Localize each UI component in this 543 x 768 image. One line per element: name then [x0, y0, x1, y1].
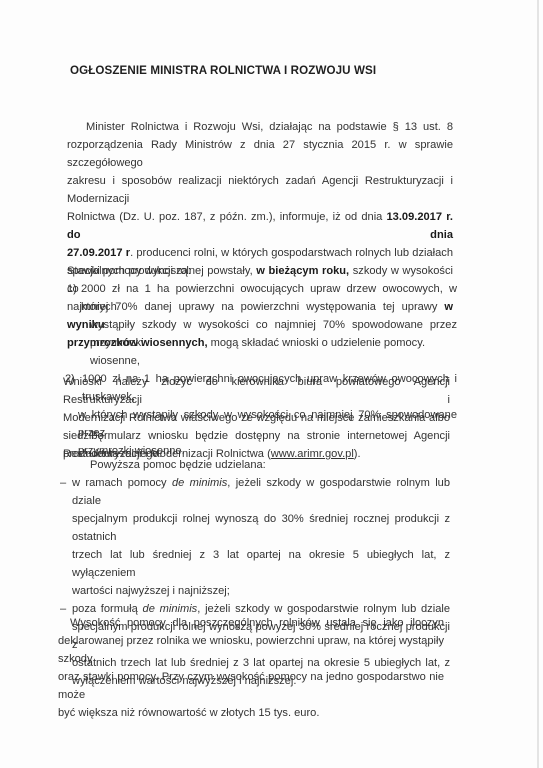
amount-paragraph: Wysokość pomocy dla poszczególnych rolni…: [58, 614, 444, 722]
date-range-end: 27.09.2017 r: [67, 247, 130, 259]
rate-line: wiosenne,: [90, 352, 457, 370]
dash-bullet: –: [60, 474, 66, 492]
rate-number: 1): [67, 280, 77, 298]
granting-line: wartości najwyższej i najniższej;: [72, 582, 450, 600]
rate-item-1: 1) 2000 zł na 1 ha powierzchni owocujący…: [67, 280, 457, 370]
amount-line: być większa niż równowartość w złotych 1…: [58, 704, 444, 722]
de-minimis-term: de minimis: [172, 477, 227, 489]
intro-line: Minister Rolnictwa i Rozwoju Wsi, działa…: [67, 118, 453, 136]
granting-item-1: – w ramach pomocy de minimis, jeżeli szk…: [60, 474, 450, 600]
granting-text: w ramach pomocy: [72, 477, 172, 489]
granting-line: trzech lat lub średniej z 3 lat opartej …: [72, 546, 450, 582]
intro-text: Rolnictwa (Dz. U. poz. 187, z późn. zm.)…: [67, 211, 387, 223]
applications-line: Wnioski należy złożyć do kierownika biur…: [63, 373, 450, 409]
granting-line: specjalnym produkcji rolnej wynoszą do 3…: [72, 510, 450, 546]
intro-line: Rolnictwa (Dz. U. poz. 187, z późn. zm.)…: [67, 208, 453, 244]
amount-line: oraz stawki pomocy. Przy czym wysokość p…: [58, 668, 444, 704]
document-title: OGŁOSZENIE MINISTRA ROLNICTWA I ROZWOJU …: [70, 64, 376, 77]
rate-line: 2000 zł na 1 ha powierzchni owocujących …: [81, 280, 457, 316]
rate-line: wystąpiły szkody w wysokości co najmniej…: [90, 316, 457, 352]
granting-line: w ramach pomocy de minimis, jeżeli szkod…: [72, 474, 450, 510]
intro-line: rozporządzenia Rady Ministrów z dnia 27 …: [67, 136, 453, 172]
rates-heading: Stawki pomocy wynoszą:: [67, 262, 457, 280]
amount-line: deklarowanej przez rolnika we wniosku, p…: [58, 632, 444, 668]
granting-heading: Powyższa pomoc będzie udzielana:: [60, 456, 450, 474]
amount-line: Wysokość pomocy dla poszczególnych rolni…: [58, 614, 444, 632]
intro-line: 27.09.2017 r. producenci rolni, w któryc…: [67, 244, 453, 262]
intro-text: . producenci rolni, w których gospodarst…: [130, 247, 453, 259]
page-edge: [537, 0, 539, 768]
intro-line: zakresu i sposobów realizacji niektórych…: [67, 172, 453, 208]
form-line: Formularz wniosku będzie dostępny na str…: [63, 427, 450, 445]
